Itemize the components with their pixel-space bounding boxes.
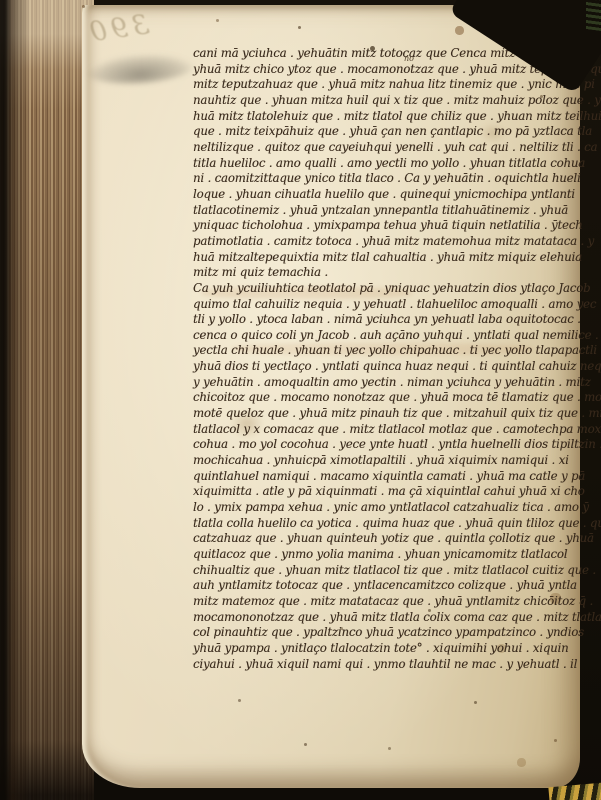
manuscript-line: huā mitz tlatolehuiz que . mitz tlatol q…: [193, 109, 575, 125]
manuscript-line: quimo tlal cahuiliz nequia . y yehuatl .…: [193, 297, 575, 313]
manuscript-line: nauhtiz que . yhuan mitza huil qui x tiz…: [193, 93, 575, 109]
manuscript-line: catzahuaz que . yhuan quinteuh yotiz que…: [193, 531, 575, 547]
book-fore-edge: [0, 0, 94, 800]
manuscript-line: neltilizque . quitoz que cayeiuhqui yene…: [193, 140, 575, 156]
manuscript-line: mochicahua . ynhuicpā ximotlapaltili . y…: [193, 453, 575, 469]
manuscript-page: 390 cani mā yciuhca . yehuātin mitz toto…: [82, 5, 580, 788]
manuscript-line: col pinauhtiz que . ypaltzinco yhuā ycat…: [193, 625, 575, 641]
manuscript-line: lo . ymix pampa xehua . ynic amo yntlatl…: [193, 500, 575, 516]
manuscript-line: cohua . mo yol cocohua . yece ynte huatl…: [193, 437, 575, 453]
manuscript-line: mitz mi quiz temachia .: [193, 265, 575, 281]
manuscript-line: chihualtiz que . yhuan mitz tlatlacol ti…: [193, 563, 575, 579]
manuscript-line: mocamononotzaz que . yhuā mitz tlatla co…: [193, 610, 575, 626]
manuscript-line: yhuā dios ti yectlaço . yntlati quinca h…: [193, 359, 575, 375]
manuscript-line: huā mitzaltepequixtia mitz tlal cahualti…: [193, 250, 575, 266]
faint-folio-number: 390: [91, 9, 152, 58]
manuscript-line: tlatlacotinemiz . yhuā yntzalan ynnepant…: [193, 203, 575, 219]
manuscript-line: Ca yuh ycuiliuhtica teotlatol pā . yniqu…: [193, 281, 575, 297]
manuscript-line: xiquimitta . atle y pā xiquinmati . ma ç…: [193, 484, 575, 500]
manuscript-line: yniquac ticholohua . ymixpampa tehua yhu…: [193, 218, 575, 234]
interlinear-insertion: no: [404, 54, 414, 63]
manuscript-line: ciyahui . yhuā xiquil nami qui . ynmo tl…: [193, 657, 575, 673]
manuscript-line: titla hueliloc . amo qualli . amo yectli…: [193, 156, 575, 172]
manuscript-line: loque . yhuan cihuatla huelilo que . qui…: [193, 187, 575, 203]
foxing-specks: [82, 5, 85, 8]
manuscript-line: que . mitz teixpāhuiz que . yhuā çan nen…: [193, 124, 575, 140]
manuscript-line: quitlacoz que . ynmo yolia manima . yhua…: [193, 547, 575, 563]
manuscript-line: ni . caomitzittaque ynico titla tlaco . …: [193, 171, 575, 187]
manuscript-line: y yehuātin . amoqualtin amo yectin . nim…: [193, 375, 575, 391]
manuscript-text: cani mā yciuhca . yehuātin mitz totocaz …: [193, 46, 575, 672]
manuscript-line: auh yntlamitz totocaz que . yntlacencami…: [193, 578, 575, 594]
manuscript-line: patimotlatia . camitz totoca . yhuā mitz…: [193, 234, 575, 250]
manuscript-line: tlatla colla huelilo ca yotica . quima h…: [193, 516, 575, 532]
manuscript-line: quintlahuel namiqui . macamo xiquintla c…: [193, 469, 575, 485]
manuscript-line: cenca o quico coli yn Jacob . auh açāno …: [193, 328, 575, 344]
manuscript-line: tli y yollo . ytoca laban . nimā yciuhca…: [193, 312, 575, 328]
binding-cloth-sliver: [586, 0, 601, 31]
manuscript-line: motē queloz que . yhuā mitz pinauh tiz q…: [193, 406, 575, 422]
manuscript-line: yectla chi huale . yhuan ti yec yollo ch…: [193, 343, 575, 359]
photograph-backdrop: 390 cani mā yciuhca . yehuātin mitz toto…: [0, 0, 601, 800]
manuscript-line: yhuā ypampa . ynitlaço tlalocatzin tote°…: [193, 641, 575, 657]
manuscript-line: tlatlacol y x comacaz que . mitz tlatlac…: [193, 422, 575, 438]
manuscript-line: chicoitoz que . mocamo nonotzaz que . yh…: [193, 390, 575, 406]
manuscript-line: mitz teputzahuaz que . yhuā mitz nahua l…: [193, 77, 575, 93]
manuscript-line: yhuā mitz chico ytoz que . mocamonotzaz …: [193, 62, 575, 78]
manuscript-line: mitz matemoz que . mitz matatacaz que . …: [193, 594, 575, 610]
